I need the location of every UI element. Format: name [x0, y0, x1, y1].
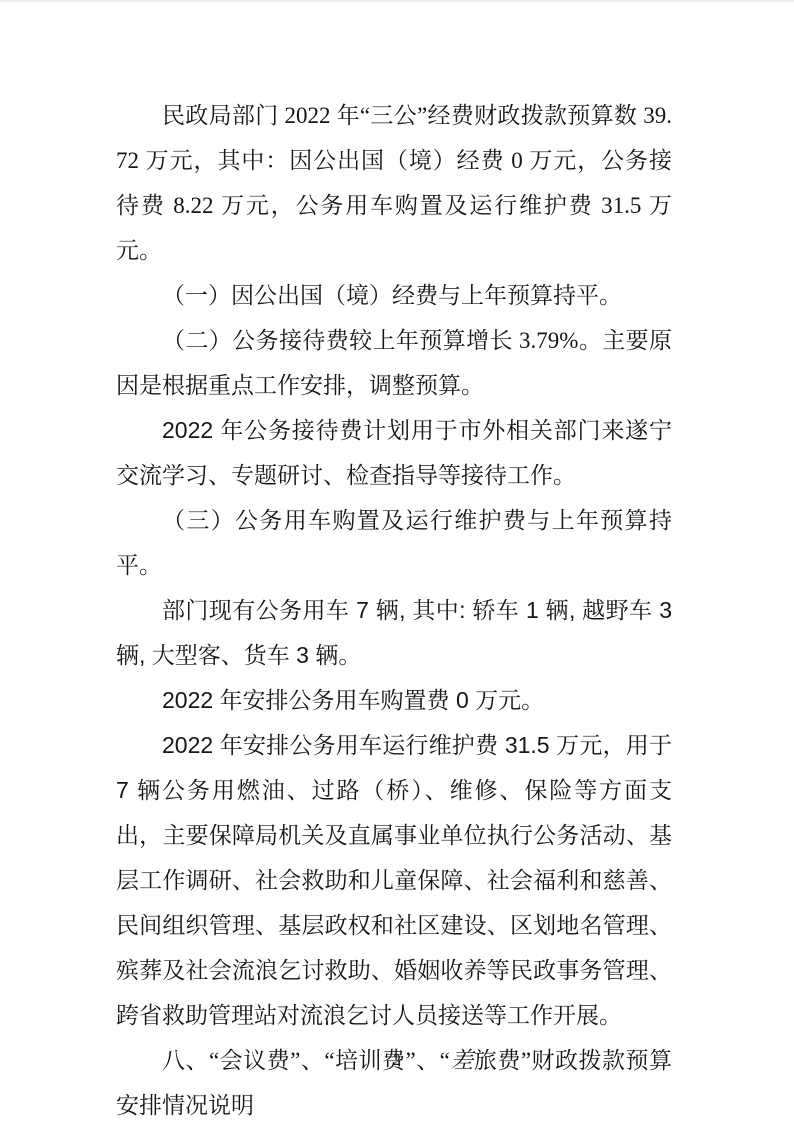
paragraph-item-1-abroad: （一）因公出国（境）经费与上年预算持平。 — [116, 273, 672, 318]
document-body: 民政局部门 2022 年“三公”经费财政拨款预算数 39.72 万元，其中：因公… — [116, 93, 672, 1122]
page-number: 2 — [0, 1050, 794, 1072]
document-page: 民政局部门 2022 年“三公”经费财政拨款预算数 39.72 万元，其中：因公… — [0, 0, 794, 1122]
paragraph-reception-plan: 2022 年公务接待费计划用于市外相关部门来遂宁交流学习、专题研讨、检查指导等接… — [116, 408, 672, 498]
paragraph-vehicle-maintenance: 2022 年安排公务用车运行维护费 31.5 万元，用于 7 辆公务用燃油、过路… — [116, 723, 672, 1038]
paragraph-sangong-summary: 民政局部门 2022 年“三公”经费财政拨款预算数 39.72 万元，其中：因公… — [116, 93, 672, 273]
paragraph-vehicle-purchase: 2022 年安排公务用车购置费 0 万元。 — [116, 678, 672, 723]
paragraph-vehicle-inventory: 部门现有公务用车 7 辆, 其中: 轿车 1 辆, 越野车 3 辆, 大型客、货… — [116, 588, 672, 678]
paragraph-item-2-reception: （二）公务接待费较上年预算增长 3.79%。主要原因是根据重点工作安排，调整预算… — [116, 318, 672, 408]
page-top-edge — [0, 0, 794, 2]
paragraph-item-3-vehicle: （三）公务用车购置及运行维护费与上年预算持平。 — [116, 498, 672, 588]
